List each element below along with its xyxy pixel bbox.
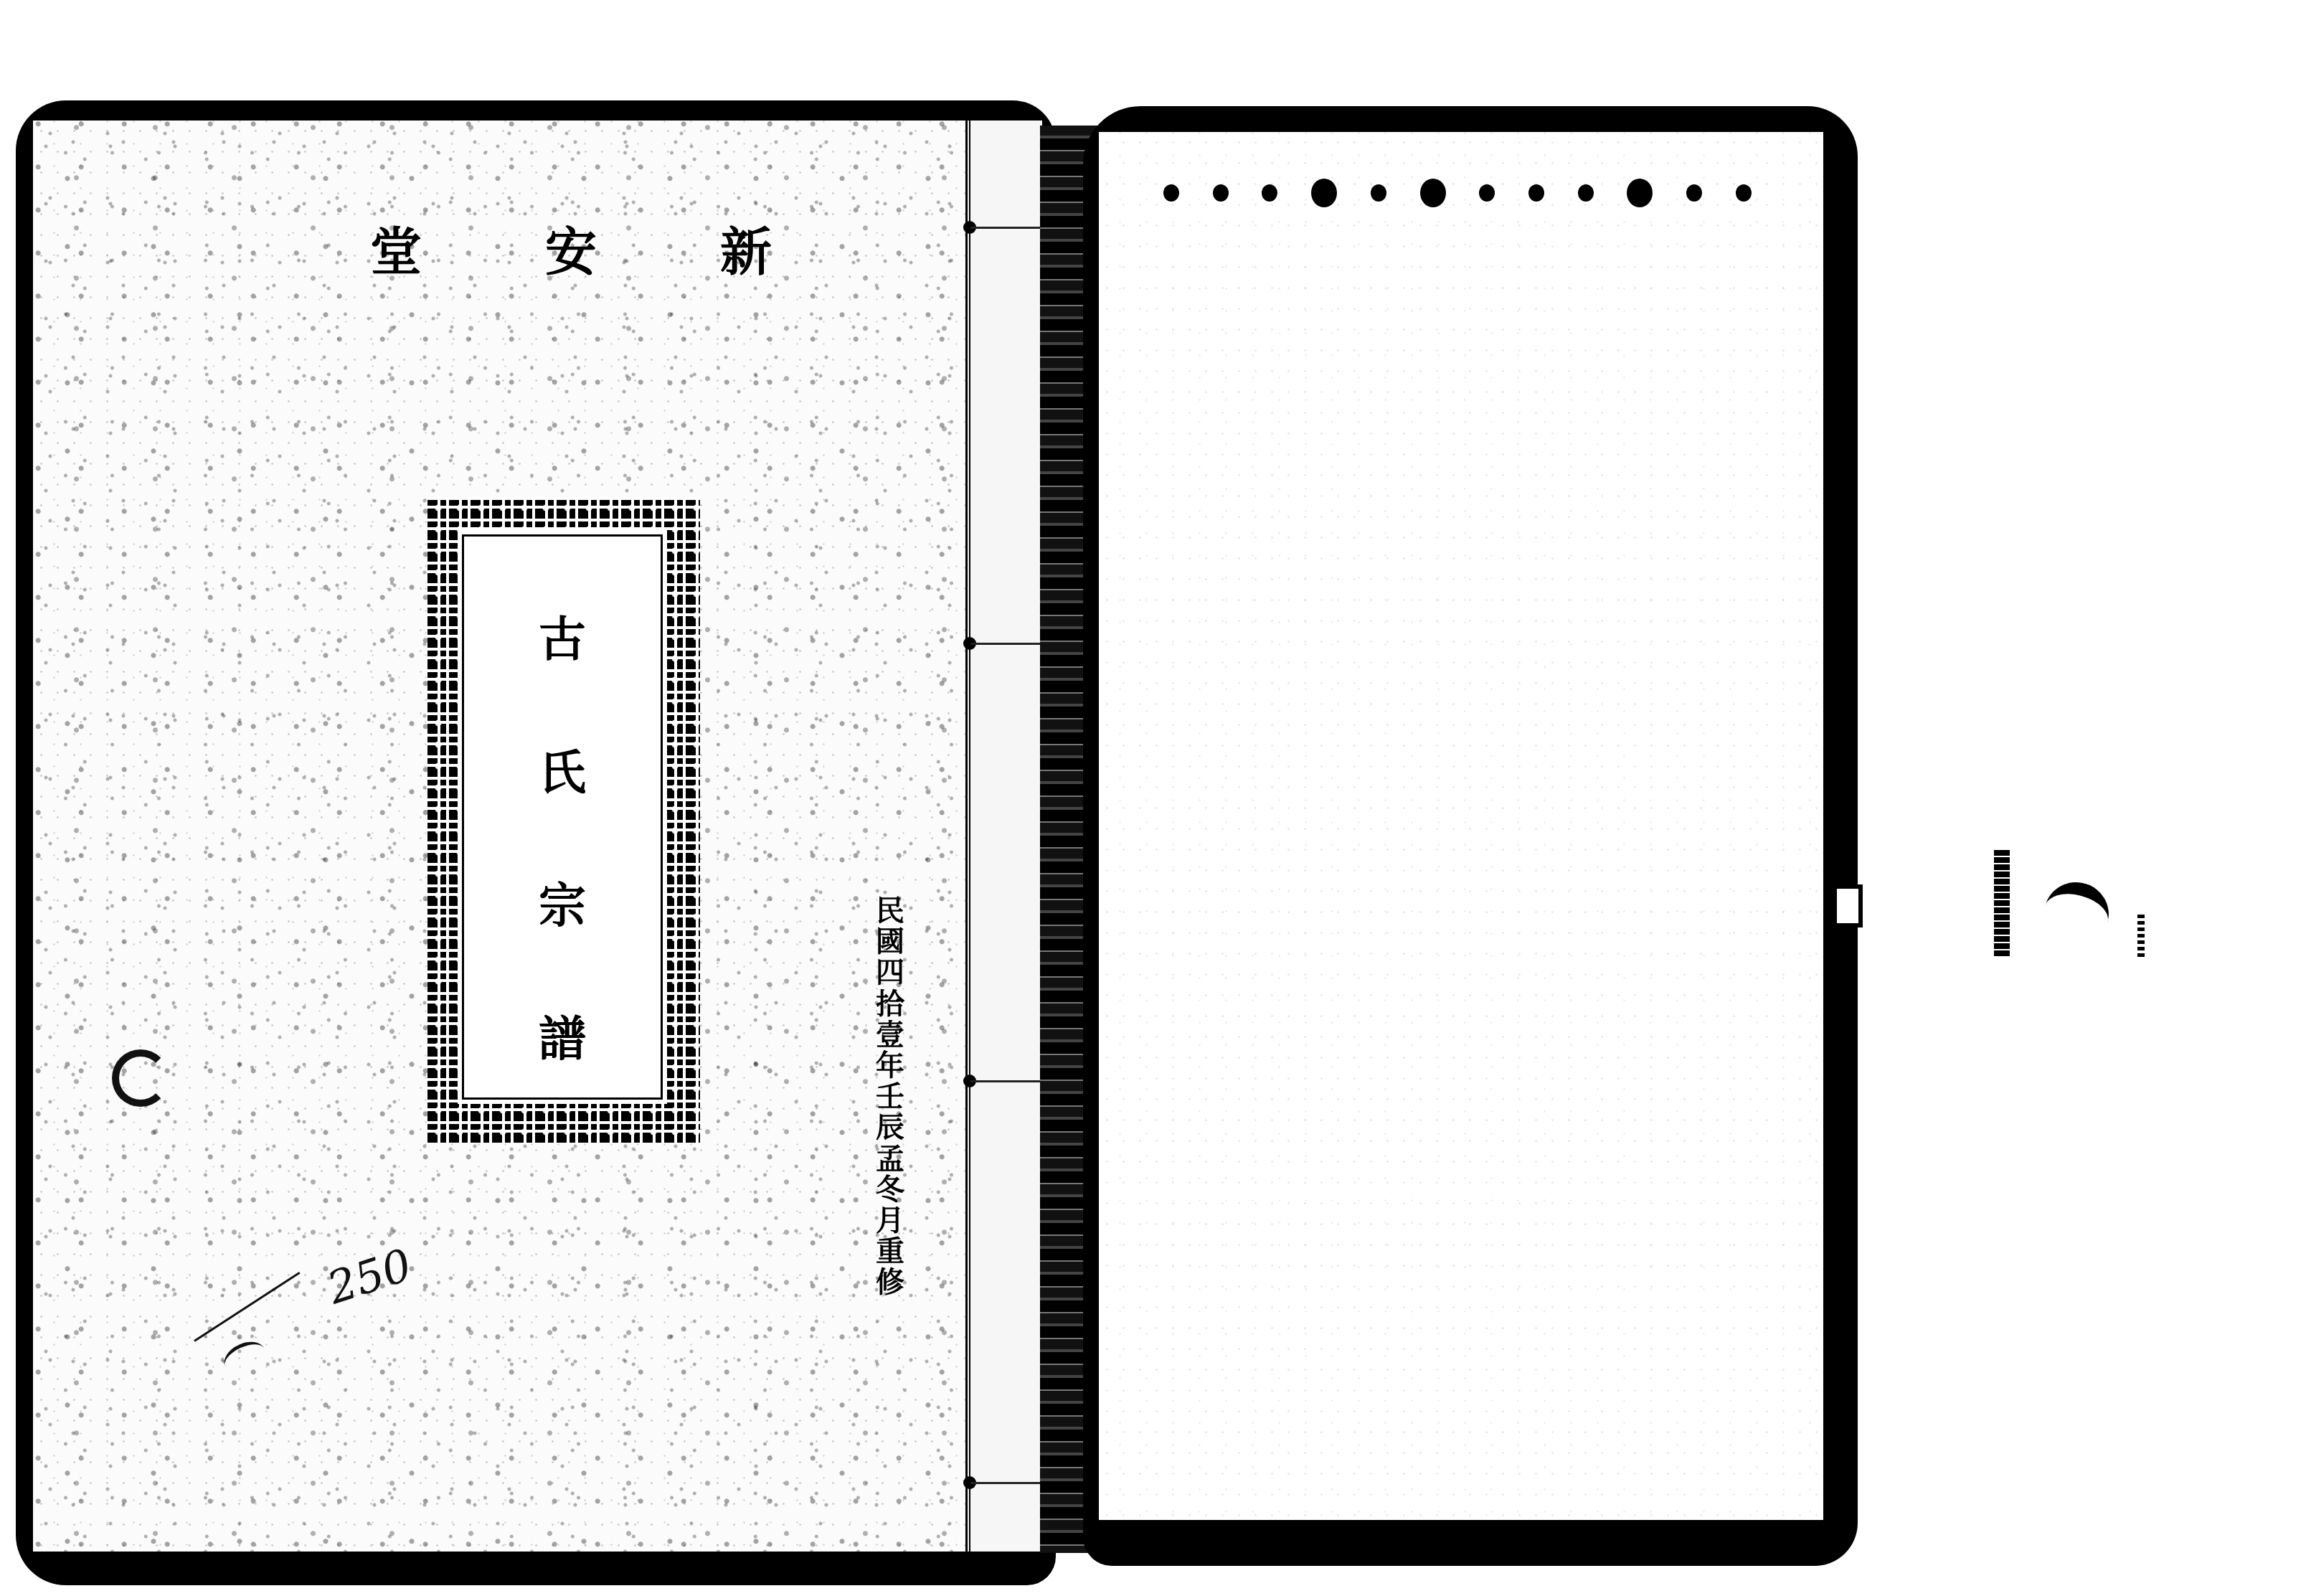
paper-speckle-texture [1099,132,1823,1520]
binding-thread [970,643,1042,645]
hall-name-char: 安 [545,210,597,285]
date-char: 重 [876,1236,904,1267]
handwritten-scribble-mark [112,1049,169,1107]
title-char: 古 [539,601,586,669]
cover-paper: 新 安 堂 古 氏 宗 譜 民 國 四 拾 壹 年 壬 辰 孟 [33,121,965,1552]
date-char: 壹 [876,1019,904,1050]
title-char: 氏 [539,735,586,803]
scan-edge-marks [1972,850,2202,979]
date-char: 孟 [876,1143,904,1174]
page-edge-tab [1833,884,1863,927]
hall-name-char: 新 [720,210,772,285]
book-title: 古 氏 宗 譜 [464,601,661,1069]
date-char: 壬 [876,1081,904,1112]
date-char: 月 [876,1205,904,1236]
scan-arc-mark [2037,875,2116,953]
binding-thread [970,1482,1042,1484]
title-plaque: 古 氏 宗 譜 [427,497,700,1143]
date-char: 冬 [876,1174,904,1205]
hall-name-heading: 新 安 堂 [370,210,772,285]
ink-bleed-through [1163,182,1752,204]
inside-page [1083,106,1858,1566]
hall-name-char: 堂 [370,210,422,285]
binding-thread [970,1080,1042,1082]
front-cover: 新 安 堂 古 氏 宗 譜 民 國 四 拾 壹 年 壬 辰 孟 [16,100,1056,1585]
scan-bar-mark [1994,850,2010,958]
date-char: 修 [876,1267,904,1298]
date-char: 民 [876,895,904,926]
date-char: 四 [876,957,904,988]
date-char: 國 [876,926,904,957]
title-char: 宗 [539,867,586,935]
date-char: 年 [876,1050,904,1081]
scan-tick-mark [2137,915,2145,958]
title-inner-frame: 古 氏 宗 譜 [462,534,663,1100]
bound-spine-strip [966,121,1042,1552]
inside-page-paper [1099,132,1823,1520]
title-char: 譜 [539,1001,586,1069]
binding-thread [970,227,1042,229]
revision-date-line: 民 國 四 拾 壹 年 壬 辰 孟 冬 月 重 修 [869,895,912,1298]
date-char: 拾 [876,988,904,1019]
date-char: 辰 [876,1112,904,1143]
